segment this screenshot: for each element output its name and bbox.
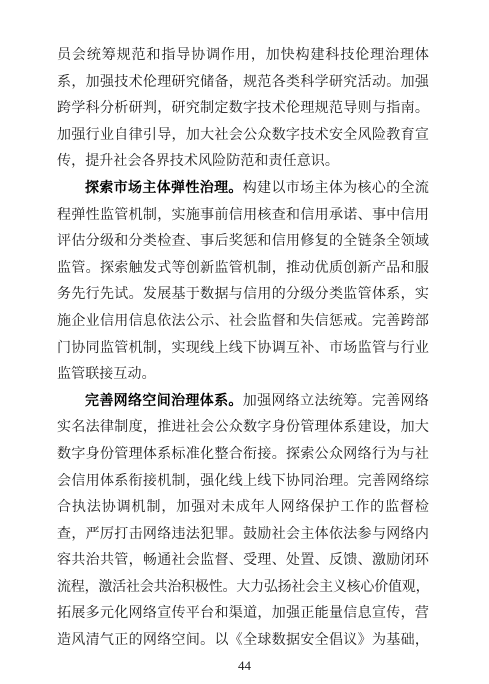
- text-run: 拓展多元化网络宣传平台和渠道，加强正能量信息宣传，营: [57, 606, 429, 621]
- text-run: 程弹性监管机制，实施事前信用核查和信用承诺、事中信用: [57, 208, 429, 223]
- text-run: 施企业信用信息依法公示、社会监督和失信惩戒。完善跨部: [57, 314, 429, 329]
- text-line: 数字身份管理体系标准化整合衔接。探索公众网络行为与社: [57, 440, 429, 467]
- text-run: 系，加强技术伦理研究储备，规范各类科学研究活动。加强: [57, 75, 429, 90]
- text-run: 会信用体系衔接机制，强化线上线下协同治理。完善网络综: [57, 474, 429, 489]
- paragraph-heading-run: 探索市场主体弹性治理。: [85, 179, 243, 195]
- text-line: 造风清气正的网络空间。以《全球数据安全倡议》为基础，: [57, 626, 429, 653]
- page-number: 44: [0, 656, 489, 676]
- text-run: 监管联接互动。: [57, 367, 156, 382]
- document-page: 员会统筹规范和指导协调作用，加快构建科技伦理治理体 系，加强技术伦理研究储备，规…: [0, 0, 489, 684]
- text-run: 评估分级和分类检查、事后奖惩和信用修复的全链条全领域: [57, 234, 429, 249]
- text-run: 容共治共管，畅通社会监督、受理、处置、反馈、激励闭环: [57, 553, 429, 568]
- text-line: 完善网络空间治理体系。加强网络立法统筹。完善网络: [57, 387, 429, 414]
- text-line: 实名法律制度，推进社会公众数字身份管理体系建设，加大: [57, 413, 429, 440]
- text-run: 构建以市场主体为核心的全流: [243, 181, 429, 196]
- paragraph-heading-run: 完善网络空间治理体系。: [85, 392, 243, 408]
- text-line: 门协同监管机制，实现线上线下协调互补、市场监管与行业: [57, 334, 429, 361]
- text-run: 门协同监管机制，实现线上线下协调互补、市场监管与行业: [57, 341, 429, 356]
- text-line: 员会统筹规范和指导协调作用，加快构建科技伦理治理体: [57, 41, 429, 68]
- text-line: 容共治共管，畅通社会监督、受理、处置、反馈、激励闭环: [57, 546, 429, 573]
- text-line: 合执法协调机制，加强对未成年人网络保护工作的监督检: [57, 493, 429, 520]
- text-run: 员会统筹规范和指导协调作用，加快构建科技伦理治理体: [57, 48, 429, 63]
- text-line: 系，加强技术伦理研究储备，规范各类科学研究活动。加强: [57, 68, 429, 95]
- page-body-text: 员会统筹规范和指导协调作用，加快构建科技伦理治理体 系，加强技术伦理研究储备，规…: [57, 41, 429, 653]
- text-line: 跨学科分析研判，研究制定数字技术伦理规范导则与指南。: [57, 94, 429, 121]
- text-line: 监管。探索触发式等创新监管机制，推动优质创新产品和服: [57, 254, 429, 281]
- text-run: 实名法律制度，推进社会公众数字身份管理体系建设，加大: [57, 420, 429, 435]
- text-line: 监管联接互动。: [57, 360, 429, 387]
- text-line: 探索市场主体弹性治理。构建以市场主体为核心的全流: [57, 174, 429, 201]
- text-run: 流程，激活社会共治积极性。大力弘扬社会主义核心价值观，: [57, 580, 429, 595]
- text-run: 监管。探索触发式等创新监管机制，推动优质创新产品和服: [57, 261, 429, 276]
- text-line: 拓展多元化网络宣传平台和渠道，加强正能量信息宣传，营: [57, 599, 429, 626]
- text-run: 合执法协调机制，加强对未成年人网络保护工作的监督检: [57, 500, 429, 515]
- text-line: 评估分级和分类检查、事后奖惩和信用修复的全链条全领域: [57, 227, 429, 254]
- text-run: 造风清气正的网络空间。以《全球数据安全倡议》为基础，: [57, 633, 429, 648]
- text-line: 查，严厉打击网络违法犯罪。鼓励社会主体依法参与网络内: [57, 520, 429, 547]
- text-run: 数字身份管理体系标准化整合衔接。探索公众网络行为与社: [57, 447, 429, 462]
- text-run: 加强行业自律引导，加大社会公众数字技术安全风险教育宣: [57, 128, 429, 143]
- text-run: 查，严厉打击网络违法犯罪。鼓励社会主体依法参与网络内: [57, 527, 429, 542]
- text-line: 施企业信用信息依法公示、社会监督和失信惩戒。完善跨部: [57, 307, 429, 334]
- text-run: 传，提升社会各界技术风险防范和责任意识。: [57, 154, 339, 169]
- text-line: 会信用体系衔接机制，强化线上线下协同治理。完善网络综: [57, 467, 429, 494]
- text-run: 加强网络立法统筹。完善网络: [243, 394, 429, 409]
- text-line: 加强行业自律引导，加大社会公众数字技术安全风险教育宣: [57, 121, 429, 148]
- text-line: 务先行先试。发展基于数据与信用的分级分类监管体系，实: [57, 280, 429, 307]
- text-line: 传，提升社会各界技术风险防范和责任意识。: [57, 147, 429, 174]
- text-run: 务先行先试。发展基于数据与信用的分级分类监管体系，实: [57, 287, 429, 302]
- text-line: 流程，激活社会共治积极性。大力弘扬社会主义核心价值观，: [57, 573, 429, 600]
- text-line: 程弹性监管机制，实施事前信用核查和信用承诺、事中信用: [57, 201, 429, 228]
- text-run: 跨学科分析研判，研究制定数字技术伦理规范导则与指南。: [57, 101, 429, 116]
